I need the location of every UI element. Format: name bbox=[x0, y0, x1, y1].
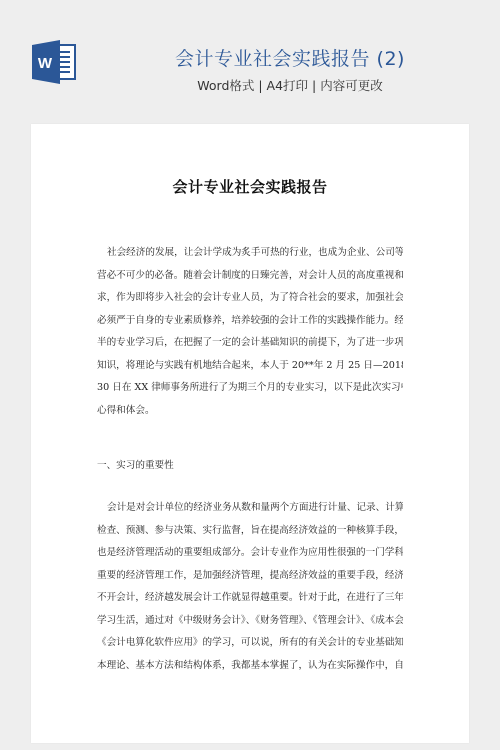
paragraph-line: 心得和体会。 bbox=[97, 400, 403, 423]
document-title: 会计专业社会实践报告 bbox=[31, 176, 469, 197]
paragraph-line: 营必不可少的必备。随着会计制度的日臻完善，对会计人员的高度重视和严格要 bbox=[97, 265, 403, 288]
document-page: 会计专业社会实践报告 社会经济的发展，让会计学成为炙手可热的行业，也成为企业、公… bbox=[31, 124, 469, 743]
word-icon: W bbox=[31, 40, 77, 84]
paragraph-importance: 会计是对会计单位的经济业务从数和量两个方面进行计量、记录、计算、分析、 检查、预… bbox=[97, 497, 403, 677]
page-title: 会计专业社会实践报告 (2) bbox=[140, 44, 440, 71]
paragraph-line: 检查、预测、参与决策、实行监督，旨在提高经济效益的一种核算手段，它本身 bbox=[97, 520, 403, 543]
paragraph-line: 学习生活，通过对《中级财务会计》、《财务管理》、《管理会计》、《成本会计》及 bbox=[97, 610, 403, 633]
paragraph-line: 本理论、基本方法和结构体系，我都基本掌握了，认为在实际操作中，自己只要 bbox=[97, 655, 403, 678]
paragraph-line: 重要的经济管理工作，是加强经济管理，提高经济效益的重要手段，经济管理离 bbox=[97, 565, 403, 588]
paragraph-line: 社会经济的发展，让会计学成为炙手可热的行业，也成为企业、公司等日常经 bbox=[97, 242, 403, 265]
header: W 会计专业社会实践报告 (2) Word格式 | A4打印 | 内容可更改 bbox=[0, 0, 500, 124]
paragraph-line: 会计是对会计单位的经济业务从数和量两个方面进行计量、记录、计算、分析、 bbox=[97, 497, 403, 520]
paragraph-line: 半的专业学习后，在把握了一定的会计基础知识的前提下，为了进一步巩固理论 bbox=[97, 332, 403, 355]
paragraph-line: 不开会计，经济越发展会计工作就显得越重要。针对于此，在进行了三年的大学 bbox=[97, 587, 403, 610]
paragraph-line: 知识，将理论与实践有机地结合起来，本人于 20**年 2 月 25 日—2018… bbox=[97, 355, 403, 378]
svg-text:W: W bbox=[38, 55, 53, 72]
paragraph-line: 30 日在 XX 律师事务所进行了为期三个月的专业实习，以下是此次实习中的一些 bbox=[97, 377, 403, 400]
paragraph-line: 也是经济管理活动的重要组成部分。会计专业作为应用性很强的一门学科，一项 bbox=[97, 542, 403, 565]
paragraph-line: 《会计电算化软件应用》的学习，可以说，所有的有关会计的专业基础知识、基 bbox=[97, 632, 403, 655]
paragraph-line: 必须严于自身的专业素质修养，培养较强的会计工作的实践操作能力。经过三年 bbox=[97, 310, 403, 333]
section-heading: 一、实习的重要性 bbox=[97, 457, 174, 471]
page-subtitle: Word格式 | A4打印 | 内容可更改 bbox=[140, 76, 440, 94]
paragraph-line: 求，作为即将步入社会的会计专业人员，为了符合社会的要求，加强社会竞争力， bbox=[97, 287, 403, 310]
paragraph-intro: 社会经济的发展，让会计学成为炙手可热的行业，也成为企业、公司等日常经 营必不可少… bbox=[97, 242, 403, 422]
